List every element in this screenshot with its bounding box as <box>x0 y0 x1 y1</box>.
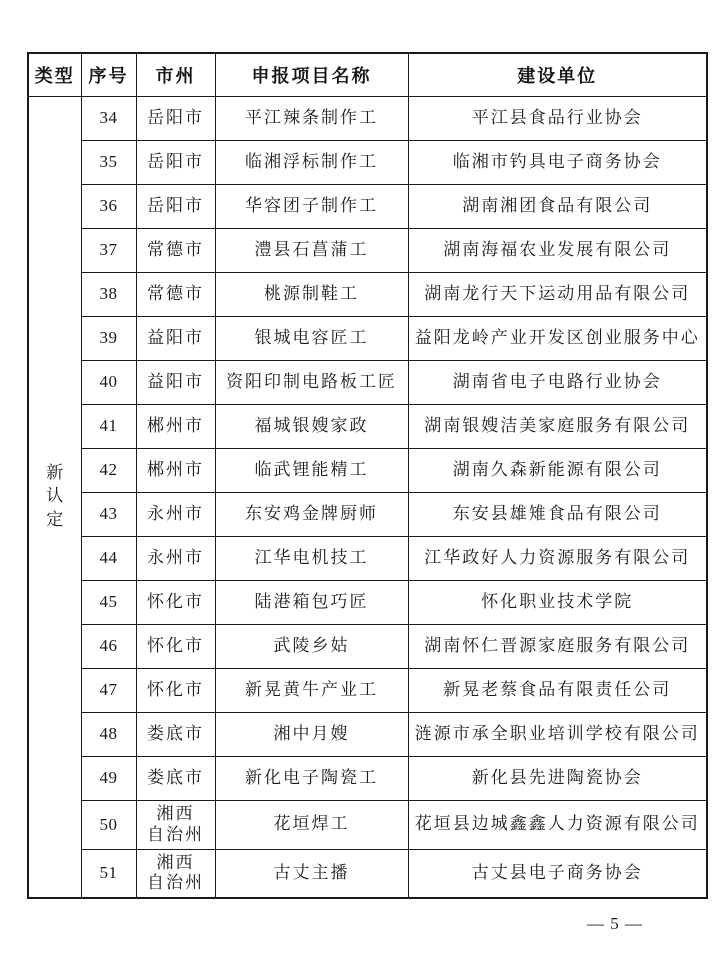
column-header-project: 申报项目名称 <box>215 53 408 96</box>
cell-unit: 临湘市钓具电子商务协会 <box>408 140 707 184</box>
cell-project: 新晃黄牛产业工 <box>215 668 408 712</box>
table-row: 45 怀化市 陆港箱包巧匠 怀化职业技术学院 <box>28 580 707 624</box>
cell-project: 银城电容匠工 <box>215 316 408 360</box>
page-number: — 5 — <box>587 914 643 934</box>
cell-unit: 湖南久森新能源有限公司 <box>408 448 707 492</box>
table-row: 37 常德市 澧县石菖蒲工 湖南海福农业发展有限公司 <box>28 228 707 272</box>
cell-unit: 湖南银嫂洁美家庭服务有限公司 <box>408 404 707 448</box>
cell-city: 永州市 <box>136 536 215 580</box>
cell-unit: 湖南湘团食品有限公司 <box>408 184 707 228</box>
cell-city: 怀化市 <box>136 580 215 624</box>
cell-project: 陆港箱包巧匠 <box>215 580 408 624</box>
cell-unit: 怀化职业技术学院 <box>408 580 707 624</box>
table-row: 50 湘西 自治州 花垣焊工 花垣县边城鑫鑫人力资源有限公司 <box>28 800 707 849</box>
document-page: 类型 序号 市州 申报项目名称 建设单位 新认定34 岳阳市 平江辣条制作工 平… <box>0 0 727 968</box>
cell-unit: 平江县食品行业协会 <box>408 96 707 140</box>
table-row: 49 娄底市 新化电子陶瓷工 新化县先进陶瓷协会 <box>28 756 707 800</box>
cell-unit: 新晃老蔡食品有限责任公司 <box>408 668 707 712</box>
cell-city: 怀化市 <box>136 668 215 712</box>
cell-city: 娄底市 <box>136 712 215 756</box>
cell-project: 临湘浮标制作工 <box>215 140 408 184</box>
cell-project: 桃源制鞋工 <box>215 272 408 316</box>
cell-no: 38 <box>81 272 136 316</box>
cell-city: 岳阳市 <box>136 140 215 184</box>
cell-city: 岳阳市 <box>136 96 215 140</box>
table-row: 36 岳阳市 华容团子制作工 湖南湘团食品有限公司 <box>28 184 707 228</box>
cell-unit: 湖南省电子电路行业协会 <box>408 360 707 404</box>
cell-unit: 湖南龙行天下运动用品有限公司 <box>408 272 707 316</box>
table-row: 38 常德市 桃源制鞋工 湖南龙行天下运动用品有限公司 <box>28 272 707 316</box>
recognition-table: 类型 序号 市州 申报项目名称 建设单位 新认定34 岳阳市 平江辣条制作工 平… <box>27 52 708 899</box>
cell-project: 临武锂能精工 <box>215 448 408 492</box>
cell-project: 湘中月嫂 <box>215 712 408 756</box>
cell-project: 东安鸡金牌厨师 <box>215 492 408 536</box>
column-header-unit: 建设单位 <box>408 53 707 96</box>
cell-city: 益阳市 <box>136 316 215 360</box>
cell-project: 资阳印制电路板工匠 <box>215 360 408 404</box>
cell-project: 古丈主播 <box>215 849 408 898</box>
cell-no: 40 <box>81 360 136 404</box>
cell-no: 46 <box>81 624 136 668</box>
cell-city: 常德市 <box>136 228 215 272</box>
cell-city: 岳阳市 <box>136 184 215 228</box>
cell-city: 怀化市 <box>136 624 215 668</box>
table-row: 51 湘西 自治州 古丈主播 古丈县电子商务协会 <box>28 849 707 898</box>
header-row: 类型 序号 市州 申报项目名称 建设单位 <box>28 53 707 96</box>
table-row: 46 怀化市 武陵乡姑 湖南怀仁晋源家庭服务有限公司 <box>28 624 707 668</box>
category-label: 新认定 <box>31 464 79 530</box>
cell-city: 湘西 自治州 <box>136 849 215 898</box>
cell-no: 39 <box>81 316 136 360</box>
table-row: 47 怀化市 新晃黄牛产业工 新晃老蔡食品有限责任公司 <box>28 668 707 712</box>
cell-city: 娄底市 <box>136 756 215 800</box>
cell-city: 永州市 <box>136 492 215 536</box>
table-row: 35 岳阳市 临湘浮标制作工 临湘市钓具电子商务协会 <box>28 140 707 184</box>
cell-unit: 江华政好人力资源服务有限公司 <box>408 536 707 580</box>
cell-project: 武陵乡姑 <box>215 624 408 668</box>
cell-project: 福城银嫂家政 <box>215 404 408 448</box>
table-header: 类型 序号 市州 申报项目名称 建设单位 <box>28 53 707 96</box>
cell-no: 34 <box>81 96 136 140</box>
table-row: 44 永州市 江华电机技工 江华政好人力资源服务有限公司 <box>28 536 707 580</box>
cell-city: 郴州市 <box>136 404 215 448</box>
cell-unit: 新化县先进陶瓷协会 <box>408 756 707 800</box>
table-row: 48 娄底市 湘中月嫂 涟源市承全职业培训学校有限公司 <box>28 712 707 756</box>
cell-project: 新化电子陶瓷工 <box>215 756 408 800</box>
cell-no: 36 <box>81 184 136 228</box>
cell-no: 51 <box>81 849 136 898</box>
table-row: 40 益阳市 资阳印制电路板工匠 湖南省电子电路行业协会 <box>28 360 707 404</box>
cell-no: 47 <box>81 668 136 712</box>
cell-project: 平江辣条制作工 <box>215 96 408 140</box>
cell-no: 43 <box>81 492 136 536</box>
cell-project: 澧县石菖蒲工 <box>215 228 408 272</box>
cell-no: 35 <box>81 140 136 184</box>
cell-no: 41 <box>81 404 136 448</box>
table-row: 39 益阳市 银城电容匠工 益阳龙岭产业开发区创业服务中心 <box>28 316 707 360</box>
cell-city: 常德市 <box>136 272 215 316</box>
cell-project: 花垣焊工 <box>215 800 408 849</box>
table-row: 42 郴州市 临武锂能精工 湖南久森新能源有限公司 <box>28 448 707 492</box>
cell-no: 45 <box>81 580 136 624</box>
cell-unit: 益阳龙岭产业开发区创业服务中心 <box>408 316 707 360</box>
cell-unit: 东安县雄雉食品有限公司 <box>408 492 707 536</box>
cell-city: 湘西 自治州 <box>136 800 215 849</box>
cell-no: 42 <box>81 448 136 492</box>
table-body: 新认定34 岳阳市 平江辣条制作工 平江县食品行业协会 35 岳阳市 临湘浮标制… <box>28 96 707 898</box>
cell-project: 江华电机技工 <box>215 536 408 580</box>
cell-no: 48 <box>81 712 136 756</box>
cell-unit: 涟源市承全职业培训学校有限公司 <box>408 712 707 756</box>
cell-unit: 花垣县边城鑫鑫人力资源有限公司 <box>408 800 707 849</box>
column-header-city: 市州 <box>136 53 215 96</box>
cell-city: 郴州市 <box>136 448 215 492</box>
column-header-category: 类型 <box>28 53 81 96</box>
cell-unit: 古丈县电子商务协会 <box>408 849 707 898</box>
cell-no: 49 <box>81 756 136 800</box>
cell-no: 50 <box>81 800 136 849</box>
table-row: 新认定34 岳阳市 平江辣条制作工 平江县食品行业协会 <box>28 96 707 140</box>
cell-city: 益阳市 <box>136 360 215 404</box>
cell-unit: 湖南怀仁晋源家庭服务有限公司 <box>408 624 707 668</box>
cell-no: 44 <box>81 536 136 580</box>
category-cell: 新认定 <box>28 96 81 898</box>
cell-no: 37 <box>81 228 136 272</box>
cell-project: 华容团子制作工 <box>215 184 408 228</box>
table-row: 43 永州市 东安鸡金牌厨师 东安县雄雉食品有限公司 <box>28 492 707 536</box>
cell-unit: 湖南海福农业发展有限公司 <box>408 228 707 272</box>
column-header-no: 序号 <box>81 53 136 96</box>
table-row: 41 郴州市 福城银嫂家政 湖南银嫂洁美家庭服务有限公司 <box>28 404 707 448</box>
